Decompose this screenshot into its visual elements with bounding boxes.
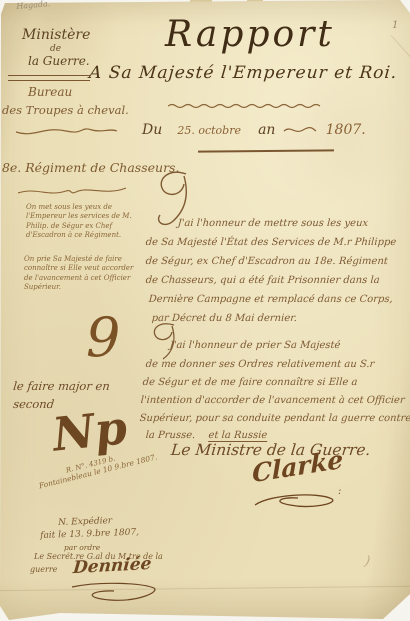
date-an: an <box>258 122 275 138</box>
body-p2-line-5: Supérieur, pour sa conduite pendant la g… <box>139 413 410 424</box>
napoleon-apostille-line-1: le faire major en <box>13 379 111 393</box>
expedition-signature: Denniée <box>72 554 152 578</box>
ministry-name-line3: la Guerre. <box>28 54 90 68</box>
letterhead-double-rule <box>8 75 90 81</box>
page-number: 1 <box>392 20 398 31</box>
body-p2-line-4: l'intention d'accorder de l'avancement à… <box>140 395 405 406</box>
body-p1-line-2: de Sa Majesté l'État des Services de M.r… <box>145 237 396 248</box>
minister-signature-dots: : <box>338 486 341 497</box>
wavy-rule <box>168 102 328 110</box>
report-title: Rapport <box>165 14 335 55</box>
flourish-under-bureau <box>14 124 119 138</box>
margin-summary-2: On prie Sa Majesté de faire connaître si… <box>24 255 142 293</box>
margin-summary-1: On met sous les yeux de l'Empereur les s… <box>26 203 140 241</box>
expedition-signature-flourish <box>70 581 162 605</box>
body-p2-line-6: la Prusse. et la Russie <box>145 430 267 441</box>
expedition-line-5: guerre <box>30 565 57 574</box>
expedition-line-1: N. Expédier <box>58 516 112 528</box>
dedication-line: A Sa Majesté l'Empereur et Roi. <box>88 63 398 83</box>
body-p1-line-1: J'ai l'honneur de mettre sous les yeux <box>177 218 368 229</box>
body-p2-line-2: de me donner ses Ordres relativement au … <box>145 359 375 370</box>
date-year: 1807. <box>326 122 366 138</box>
date-line: Du 25. octobre an 1807. <box>142 119 366 138</box>
bureau-name-line1: Bureau <box>28 85 72 99</box>
ministry-name-line1: Ministère <box>22 27 90 43</box>
body-p2-line-6-main: la Prusse. <box>145 430 195 441</box>
body-p1-line-5: Dernière Campagne et remplacé dans ce Co… <box>148 294 393 305</box>
body-p1-line-3: de Ségur, ex Chef d'Escadron au 18e. Rég… <box>145 256 388 267</box>
date-day: 25. octobre <box>177 124 241 137</box>
ministry-name-line2: de <box>50 44 61 54</box>
date-flourish <box>283 125 317 135</box>
expedition-line-3: par ordre <box>64 543 100 552</box>
date-prefix: Du <box>142 122 162 138</box>
flourish-under-regiment <box>18 183 130 199</box>
marginal-numeral: 9 <box>86 306 120 369</box>
body-p1-line-4: de Chasseurs, qui a été fait Prisonnier … <box>145 275 380 286</box>
manuscript-page: Hagada. 1 Ministère de la Guerre. Bureau… <box>0 0 410 621</box>
body-p2-line-3: de Ségur et de me faire connaître si Ell… <box>142 377 358 388</box>
minister-signature-flourish <box>250 492 342 510</box>
napoleon-apostille-line-2: second <box>13 397 55 411</box>
bureau-name-line2: des Troupes à cheval. <box>2 103 129 117</box>
body-p2-line-1: J'ai l'honneur de prier Sa Majesté <box>169 340 341 351</box>
